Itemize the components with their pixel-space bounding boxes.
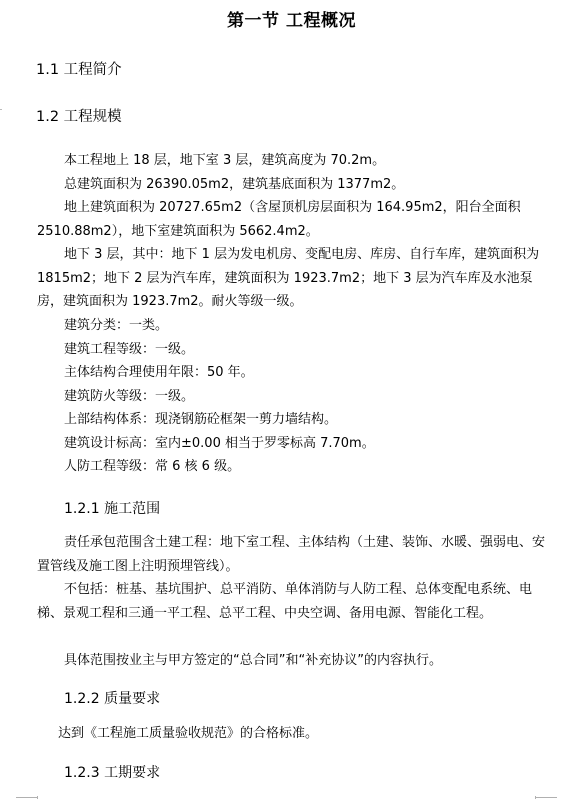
paragraph-basement: 地下 3 层，其中：地下 1 层为发电机房、变配电房、库房、自行车库，建筑面积为… xyxy=(37,243,547,314)
paragraph-fire-grade: 建筑防火等级：一级。 xyxy=(37,385,547,409)
paragraph-scope-included: 责任承包范围含土建工程：地下室工程、主体结构（土建、装饰、水暖、强弱电、安置管线… xyxy=(37,531,547,578)
paragraph-total-area: 总建筑面积为 26390.05m2，建筑基底面积为 1377m2。 xyxy=(37,173,547,197)
paragraph-scope-contract: 具体范围按业主与甲方签定的“总合同”和“补充协议”的内容执行。 xyxy=(37,649,547,673)
crop-mark-right xyxy=(535,797,557,798)
margin-marker xyxy=(0,109,2,110)
paragraph-above-ground-area: 地上建筑面积为 20727.65m2（含屋顶机房层面积为 164.95m2，阳台… xyxy=(37,196,547,243)
crop-mark-left xyxy=(16,797,37,798)
section-title: 第一节 工程概况 xyxy=(0,6,583,31)
paragraph-floors: 本工程地上 18 层，地下室 3 层，建筑高度为 70.2m。 xyxy=(37,149,547,173)
paragraph-quality: 达到《工程施工质量验收规范》的合格标准。 xyxy=(58,722,568,746)
heading-1-2-1: 1.2.1 施工范围 xyxy=(64,498,160,518)
heading-1-2: 1.2 工程规模 xyxy=(36,105,122,126)
paragraph-classification: 建筑分类：一类。 xyxy=(37,314,547,338)
paragraph-engineering-grade: 建筑工程等级：一级。 xyxy=(37,338,547,362)
paragraph-scope-excluded: 不包括：桩基、基坑围护、总平消防、单体消防与人防工程、总体变配电系统、电梯、景观… xyxy=(37,578,547,625)
heading-1-2-2: 1.2.2 质量要求 xyxy=(64,688,160,708)
heading-1-2-3: 1.2.3 工期要求 xyxy=(64,762,160,782)
paragraph-structure-system: 上部结构体系：现浇钢筋砼框架一剪力墙结构。 xyxy=(37,408,547,432)
paragraph-design-elevation: 建筑设计标高：室内±0.00 相当于罗零标高 7.70m。 xyxy=(37,432,547,456)
paragraph-civil-defense: 人防工程等级：常 6 核 6 级。 xyxy=(37,455,547,479)
paragraph-service-life: 主体结构合理使用年限：50 年。 xyxy=(37,361,547,385)
document-page: 第一节 工程概况 1.1 工程简介 1.2 工程规模 本工程地上 18 层，地下… xyxy=(0,0,583,799)
heading-1-1: 1.1 工程简介 xyxy=(36,58,122,79)
